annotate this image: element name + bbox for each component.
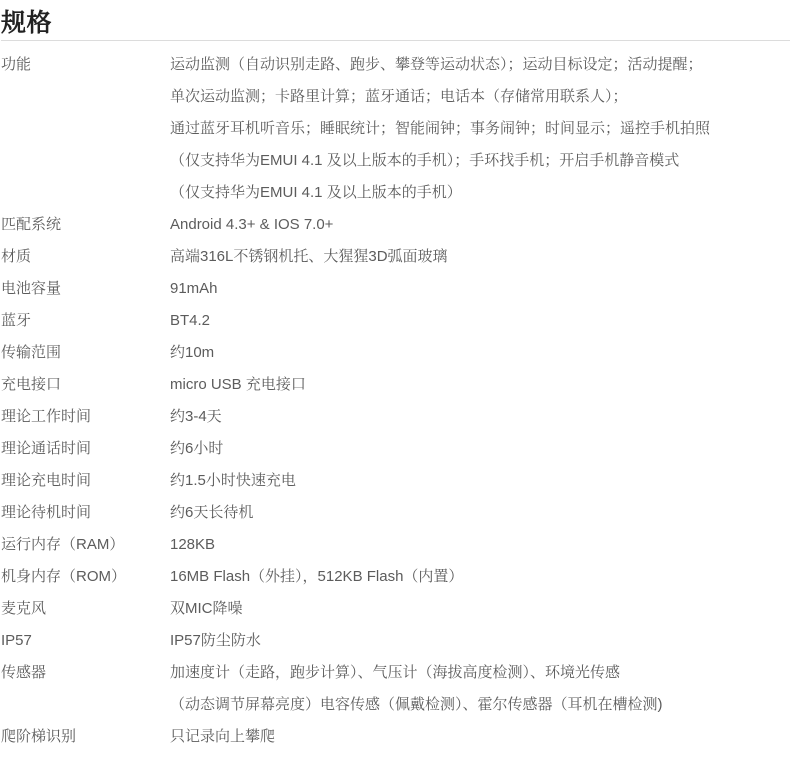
spec-row: 充电接口 micro USB 充电接口 [1, 369, 790, 401]
spec-label: 理论通话时间 [1, 433, 170, 465]
spec-label: 材质 [1, 241, 170, 273]
spec-value-line: Android 4.3+ & IOS 7.0+ [170, 209, 790, 241]
spec-value: 高端316L不锈钢机托、大猩猩3D弧面玻璃 [170, 241, 790, 273]
spec-value-line: （仅支持华为EMUI 4.1 及以上版本的手机） [170, 177, 790, 209]
spec-value-line: 运动监测（自动识别走路、跑步、攀登等运动状态）；运动目标设定；活动提醒； [170, 49, 790, 81]
spec-label: 爬阶梯识别 [1, 721, 170, 753]
spec-label: 理论待机时间 [1, 497, 170, 529]
spec-row: 电池容量 91mAh [1, 273, 790, 305]
spec-value-line: 加速度计（走路，跑步计算）、气压计（海拔高度检测）、环境光传感 [170, 657, 790, 689]
spec-value: IP57防尘防水 [170, 625, 790, 657]
spec-value: Android 4.3+ & IOS 7.0+ [170, 209, 790, 241]
spec-value: 约10m [170, 337, 790, 369]
spec-label: 麦克风 [1, 593, 170, 625]
spec-value: 运动监测（自动识别走路、跑步、攀登等运动状态）；运动目标设定；活动提醒；单次运动… [170, 49, 790, 209]
spec-label: IP57 [1, 625, 170, 657]
spec-value-line: micro USB 充电接口 [170, 369, 790, 401]
spec-row: 理论充电时间 约1.5小时快速充电 [1, 465, 790, 497]
spec-value-line: IP57防尘防水 [170, 625, 790, 657]
spec-value-line: （仅支持华为EMUI 4.1 及以上版本的手机）；手环找手机；开启手机静音模式 [170, 145, 790, 177]
spec-label: 电池容量 [1, 273, 170, 305]
spec-page: 规格 功能 运动监测（自动识别走路、跑步、攀登等运动状态）；运动目标设定；活动提… [0, 0, 790, 778]
spec-value-line: 16MB Flash（外挂），512KB Flash（内置） [170, 561, 790, 593]
spec-value-line: 约1.5小时快速充电 [170, 465, 790, 497]
spec-label: 理论充电时间 [1, 465, 170, 497]
spec-value-line: 约3-4天 [170, 401, 790, 433]
spec-row: 蓝牙 BT4.2 [1, 305, 790, 337]
spec-value: 约6小时 [170, 433, 790, 465]
spec-row: 匹配系统 Android 4.3+ & IOS 7.0+ [1, 209, 790, 241]
section-header: 规格 [1, 0, 790, 41]
spec-value: 约3-4天 [170, 401, 790, 433]
spec-value: micro USB 充电接口 [170, 369, 790, 401]
page-title: 规格 [1, 6, 790, 40]
spec-row: 理论通话时间 约6小时 [1, 433, 790, 465]
spec-value-line: （动态调节屏幕亮度）电容传感（佩戴检测）、霍尔传感器（耳机在槽检测) [170, 689, 790, 721]
spec-value-line: 128KB [170, 529, 790, 561]
spec-value: 91mAh [170, 273, 790, 305]
spec-row: 机身内存（ROM） 16MB Flash（外挂），512KB Flash（内置） [1, 561, 790, 593]
spec-value-line: 约6天长待机 [170, 497, 790, 529]
spec-label: 充电接口 [1, 369, 170, 401]
spec-row: 传输范围 约10m [1, 337, 790, 369]
spec-value-line: 约10m [170, 337, 790, 369]
spec-value-line: 91mAh [170, 273, 790, 305]
spec-value-line: 只记录向上攀爬 [170, 721, 790, 753]
spec-value: 约6天长待机 [170, 497, 790, 529]
spec-label: 匹配系统 [1, 209, 170, 241]
spec-label: 机身内存（ROM） [1, 561, 170, 593]
spec-label: 运行内存（RAM） [1, 529, 170, 561]
spec-row: 传感器 加速度计（走路，跑步计算）、气压计（海拔高度检测）、环境光传感（动态调节… [1, 657, 790, 721]
spec-value: 16MB Flash（外挂），512KB Flash（内置） [170, 561, 790, 593]
spec-label: 功能 [1, 49, 170, 81]
spec-row: 功能 运动监测（自动识别走路、跑步、攀登等运动状态）；运动目标设定；活动提醒；单… [1, 49, 790, 209]
spec-value-line: BT4.2 [170, 305, 790, 337]
spec-label: 蓝牙 [1, 305, 170, 337]
spec-row: 运行内存（RAM） 128KB [1, 529, 790, 561]
spec-value: 双MIC降噪 [170, 593, 790, 625]
spec-row: 麦克风 双MIC降噪 [1, 593, 790, 625]
spec-value-line: 约6小时 [170, 433, 790, 465]
spec-value: 约1.5小时快速充电 [170, 465, 790, 497]
spec-value: 128KB [170, 529, 790, 561]
spec-value-line: 双MIC降噪 [170, 593, 790, 625]
spec-label: 传感器 [1, 657, 170, 689]
spec-value: 只记录向上攀爬 [170, 721, 790, 753]
spec-value: BT4.2 [170, 305, 790, 337]
spec-label: 理论工作时间 [1, 401, 170, 433]
spec-label: 传输范围 [1, 337, 170, 369]
spec-row: IP57 IP57防尘防水 [1, 625, 790, 657]
spec-value: 加速度计（走路，跑步计算）、气压计（海拔高度检测）、环境光传感（动态调节屏幕亮度… [170, 657, 790, 721]
spec-value-line: 高端316L不锈钢机托、大猩猩3D弧面玻璃 [170, 241, 790, 273]
spec-table: 功能 运动监测（自动识别走路、跑步、攀登等运动状态）；运动目标设定；活动提醒；单… [1, 49, 790, 753]
spec-row: 爬阶梯识别 只记录向上攀爬 [1, 721, 790, 753]
spec-row: 理论工作时间 约3-4天 [1, 401, 790, 433]
spec-value-line: 单次运动监测；卡路里计算；蓝牙通话；电话本（存储常用联系人）； [170, 81, 790, 113]
spec-row: 理论待机时间 约6天长待机 [1, 497, 790, 529]
spec-row: 材质 高端316L不锈钢机托、大猩猩3D弧面玻璃 [1, 241, 790, 273]
spec-value-line: 通过蓝牙耳机听音乐；睡眠统计；智能闹钟；事务闹钟；时间显示；遥控手机拍照 [170, 113, 790, 145]
